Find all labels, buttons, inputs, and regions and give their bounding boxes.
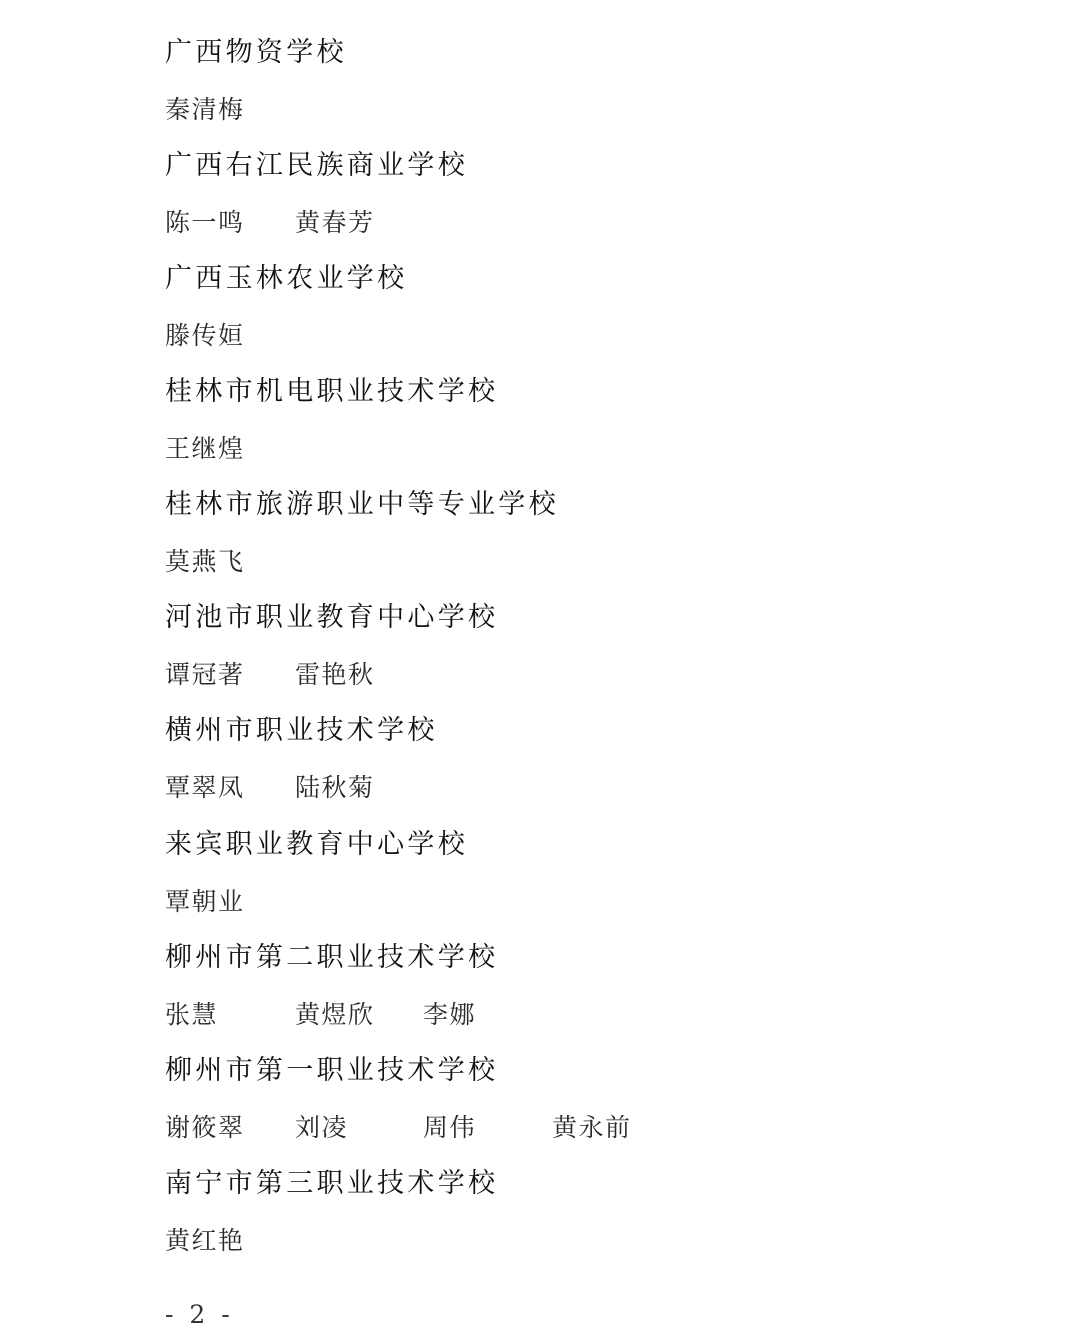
school-name: 桂林市机电职业技术学校 xyxy=(165,376,498,408)
person-name: 雷艳秋 xyxy=(295,659,375,691)
person-names: 谭冠著 雷艳秋 xyxy=(165,659,865,691)
person-name: 覃朝业 xyxy=(165,886,245,918)
person-names: 莫燕飞 xyxy=(165,546,865,578)
person-names: 王继煌 xyxy=(165,433,865,465)
person-names: 秦清梅 xyxy=(165,94,865,126)
school-name: 柳州市第一职业技术学校 xyxy=(165,1055,498,1087)
person-names: 张慧 黄煜欣 李娜 xyxy=(165,999,865,1031)
person-names: 黄红艳 xyxy=(165,1225,865,1257)
page-number: - 2 - xyxy=(165,1299,234,1331)
person-name: 黄永前 xyxy=(552,1112,632,1144)
person-name: 黄红艳 xyxy=(165,1225,245,1257)
school-name: 来宾职业教育中心学校 xyxy=(165,829,468,861)
person-name: 黄春芳 xyxy=(295,207,375,239)
person-names: 谢筱翠 刘凌 周伟 黄永前 xyxy=(165,1112,865,1144)
school-name: 广西玉林农业学校 xyxy=(165,263,407,295)
person-name: 黄煜欣 xyxy=(295,999,375,1031)
person-names: 覃朝业 xyxy=(165,886,865,918)
person-name: 王继煌 xyxy=(165,433,245,465)
person-names: 滕传姮 xyxy=(165,320,865,352)
person-name: 谢筱翠 xyxy=(165,1112,245,1144)
school-name: 南宁市第三职业技术学校 xyxy=(165,1168,498,1200)
school-name: 广西物资学校 xyxy=(165,37,347,69)
document-page: 广西物资学校 秦清梅 广西右江民族商业学校 陈一鸣 黄春芳 广西玉林农业学校 滕… xyxy=(0,0,1080,1342)
person-name: 张慧 xyxy=(165,999,218,1031)
person-name: 秦清梅 xyxy=(165,94,245,126)
person-name: 莫燕飞 xyxy=(165,546,245,578)
person-names: 覃翠凤 陆秋菊 xyxy=(165,772,865,804)
person-name: 陈一鸣 xyxy=(165,207,245,239)
school-name: 柳州市第二职业技术学校 xyxy=(165,942,498,974)
person-name: 陆秋菊 xyxy=(295,772,375,804)
person-names: 陈一鸣 黄春芳 xyxy=(165,207,865,239)
person-name: 周伟 xyxy=(423,1112,476,1144)
person-name: 覃翠凤 xyxy=(165,772,245,804)
person-name: 李娜 xyxy=(423,999,476,1031)
school-name: 横州市职业技术学校 xyxy=(165,715,438,747)
school-name: 桂林市旅游职业中等专业学校 xyxy=(165,489,559,521)
person-name: 谭冠著 xyxy=(165,659,245,691)
school-name: 河池市职业教育中心学校 xyxy=(165,602,498,634)
person-name: 滕传姮 xyxy=(165,320,245,352)
school-name: 广西右江民族商业学校 xyxy=(165,150,468,182)
person-name: 刘凌 xyxy=(295,1112,348,1144)
